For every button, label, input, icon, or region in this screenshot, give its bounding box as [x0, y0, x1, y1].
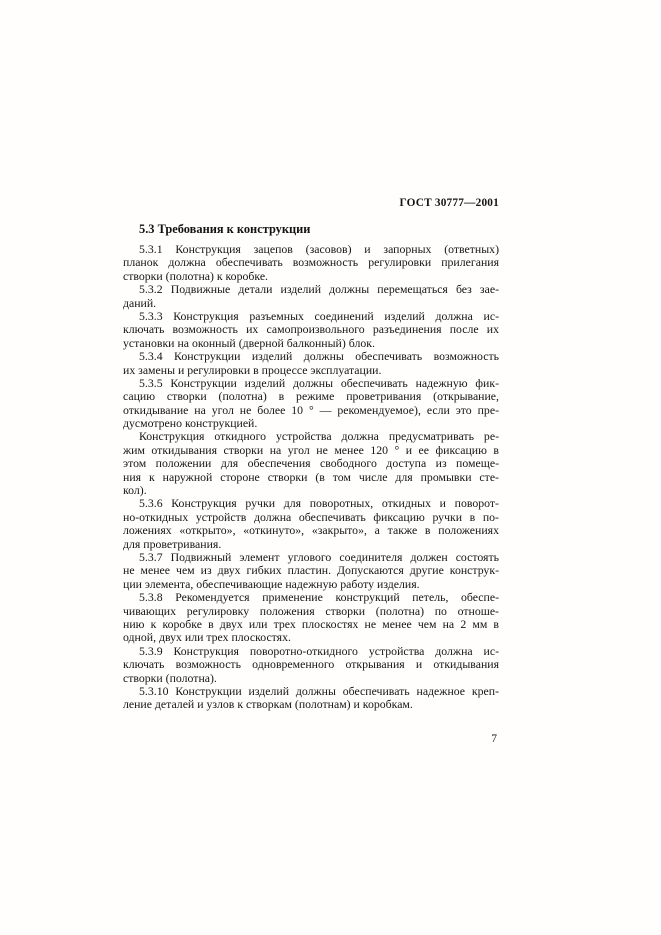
document-body: 5.3.1 Конструкция зацепов (засовов) и за… — [123, 243, 499, 712]
text-line: ложениях «открыто», «откинуто», «закрыто… — [123, 524, 499, 537]
text-line: ключать возможность одновременного откры… — [123, 658, 499, 671]
text-line: ния к наружной стороне створки (в том чи… — [123, 471, 499, 484]
text-line: не менее чем из двух гибких пластин. Доп… — [123, 564, 499, 577]
text-line: 5.3.4 Конструкции изделий должны обеспеч… — [123, 350, 499, 363]
text-line: ключать возможность их самопроизвольного… — [123, 323, 499, 336]
text-line: этом положении для обеспечения свободног… — [123, 457, 499, 470]
text-line: жим откидывания створки на угол не менее… — [123, 444, 499, 457]
text-line: 5.3.8 Рекомендуется применение конструкц… — [123, 591, 499, 604]
document-designation-header: ГОСТ 30777—2001 — [123, 197, 499, 209]
text-line: 5.3.3 Конструкция разъемных соединений и… — [123, 310, 499, 323]
text-line: ции элемента, обеспечивающие надежную ра… — [123, 578, 499, 591]
text-line: планок должна обеспечивать возможность р… — [123, 256, 499, 269]
text-line: 5.3.6 Конструкция ручки для поворотных, … — [123, 497, 499, 510]
text-line: сацию створки (полотна) в режиме проветр… — [123, 390, 499, 403]
text-line: дусмотрено конструкцией. — [123, 417, 499, 430]
text-line: 5.3.10 Конструкции изделий должны обеспе… — [123, 685, 499, 698]
text-line: даний. — [123, 297, 499, 310]
text-line: откидывание на угол не более 10 ° — реко… — [123, 404, 499, 417]
text-line: 5.3.5 Конструкции изделий должны обеспеч… — [123, 377, 499, 390]
text-line: чивающих регулировку положения створки (… — [123, 605, 499, 618]
text-line: для проветривания. — [123, 538, 499, 551]
content-column: ГОСТ 30777—2001 5.3 Требования к констру… — [123, 197, 499, 712]
page-number: 7 — [123, 733, 497, 746]
text-line: ление деталей и узлов к створкам (полотн… — [123, 698, 499, 711]
text-line: 5.3.2 Подвижные детали изделий должны пе… — [123, 283, 499, 296]
text-line: 5.3.1 Конструкция зацепов (засовов) и за… — [123, 243, 499, 256]
text-line: створки (полотна) к коробке. — [123, 270, 499, 283]
document-page: ГОСТ 30777—2001 5.3 Требования к констру… — [0, 0, 661, 935]
text-line: но-откидных устройств должна обеспечиват… — [123, 511, 499, 524]
text-line: 5.3.7 Подвижный элемент углового соедини… — [123, 551, 499, 564]
text-line: нию к коробке в двух или трех плоскостях… — [123, 618, 499, 631]
text-line: 5.3.9 Конструкция поворотно-откидного ус… — [123, 645, 499, 658]
text-line: одной, двух или трех плоскостях. — [123, 631, 499, 644]
text-line: их замены и регулировки в процессе экспл… — [123, 364, 499, 377]
text-line: кол). — [123, 484, 499, 497]
section-heading: 5.3 Требования к конструкции — [139, 222, 499, 236]
text-line: Конструкция откидного устройства должна … — [123, 430, 499, 443]
text-line: створки (полотна). — [123, 672, 499, 685]
text-line: установки на оконный (дверной балконный)… — [123, 337, 499, 350]
